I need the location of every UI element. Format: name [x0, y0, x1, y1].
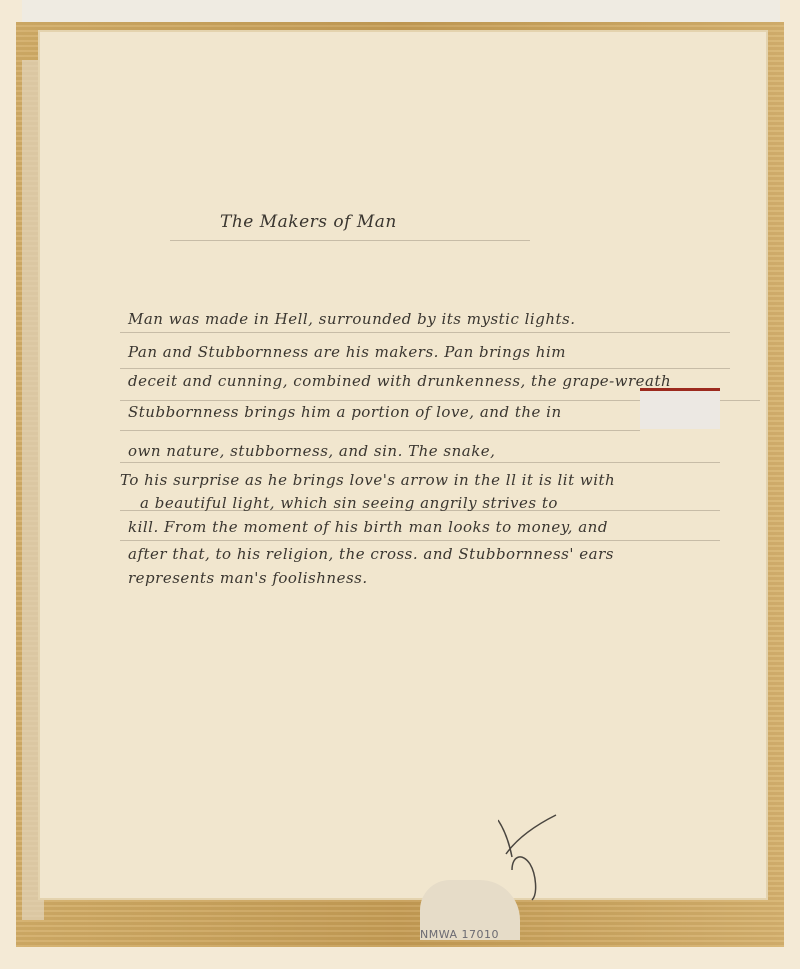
- text-line: Man was made in Hell, surrounded by its …: [128, 310, 575, 328]
- signature-monogram-icon: [498, 812, 568, 902]
- ruled-line: [120, 332, 730, 333]
- top-paper-strip: [22, 0, 780, 23]
- ruled-line: [120, 540, 720, 541]
- text-line: deceit and cunning, combined with drunke…: [128, 372, 671, 390]
- text-line: own nature, stubborness, and sin. The sn…: [128, 442, 495, 460]
- manuscript-page: [38, 30, 768, 900]
- text-line: represents man's foolishness.: [128, 569, 368, 587]
- text-line: after that, to his religion, the cross. …: [128, 545, 614, 563]
- ruled-line: [120, 368, 730, 369]
- ruled-line: [170, 240, 530, 241]
- ruled-line: [120, 430, 640, 431]
- page-title: The Makers of Man: [220, 212, 397, 232]
- accession-number: NMWA 17010: [420, 928, 499, 941]
- ruled-line: [120, 462, 720, 463]
- text-line: a beautiful light, which sin seeing angr…: [140, 494, 558, 512]
- text-line: To his surprise as he brings love's arro…: [120, 471, 615, 489]
- text-line: kill. From the moment of his birth man l…: [128, 518, 608, 536]
- paper-label-patch: [640, 388, 720, 429]
- text-line: Pan and Stubbornness are his makers. Pan…: [128, 343, 566, 361]
- text-line: Stubbornness brings him a portion of lov…: [128, 403, 562, 421]
